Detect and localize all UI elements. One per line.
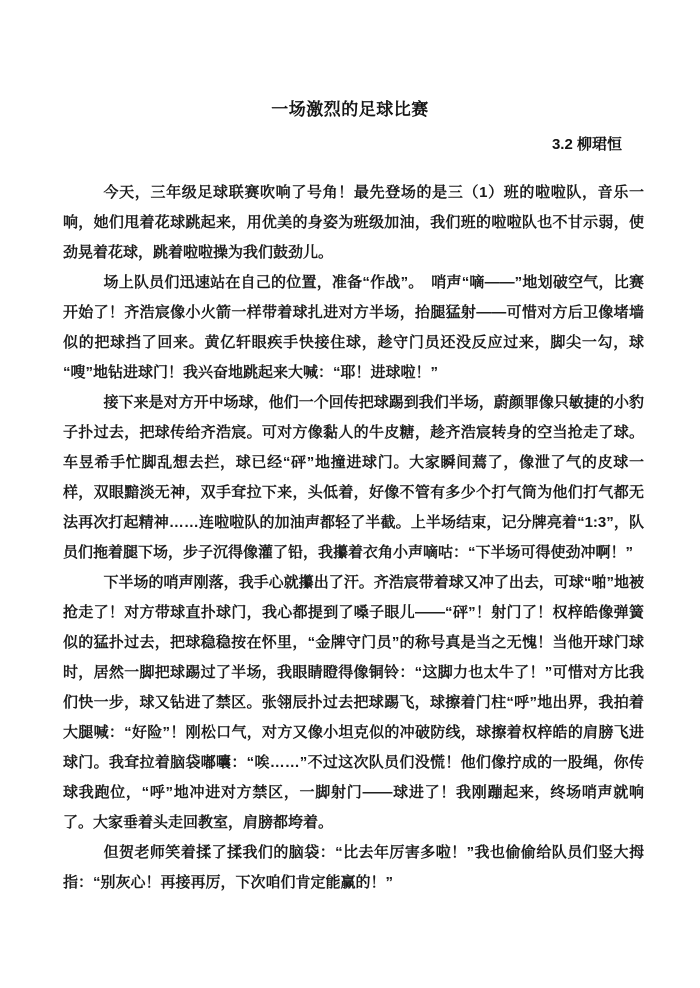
document-page: 一场激烈的足球比赛 3.2 柳珺恒 今天，三年级足球联赛吹响了号角！最先登场的是… [0,0,700,988]
essay-body: 今天，三年级足球联赛吹响了号角！最先登场的是三（1）班的啦啦队，音乐一响，她们甩… [0,178,700,898]
paragraph: 接下来是对方开中场球，他们一个回传把球踢到我们半场，蔚颜罪像只敏捷的小豹子扑过去… [63,388,644,568]
paragraph: 场上队员们迅速站在自己的位置，准备“作战”。 哨声“嘀——”地划破空气，比赛开始… [63,268,644,388]
paragraph: 但贺老师笑着揉了揉我们的脑袋：“比去年厉害多啦！”我也偷偷给队员们竖大拇指：“别… [63,838,644,898]
paragraph: 今天，三年级足球联赛吹响了号角！最先登场的是三（1）班的啦啦队，音乐一响，她们甩… [63,178,644,268]
page-title: 一场激烈的足球比赛 [0,0,700,120]
author-byline: 3.2 柳珺恒 [0,133,700,154]
paragraph: 下半场的哨声刚落，我手心就攥出了汗。齐浩宸带着球又冲了出去，可球“啪”地被抢走了… [63,568,644,838]
